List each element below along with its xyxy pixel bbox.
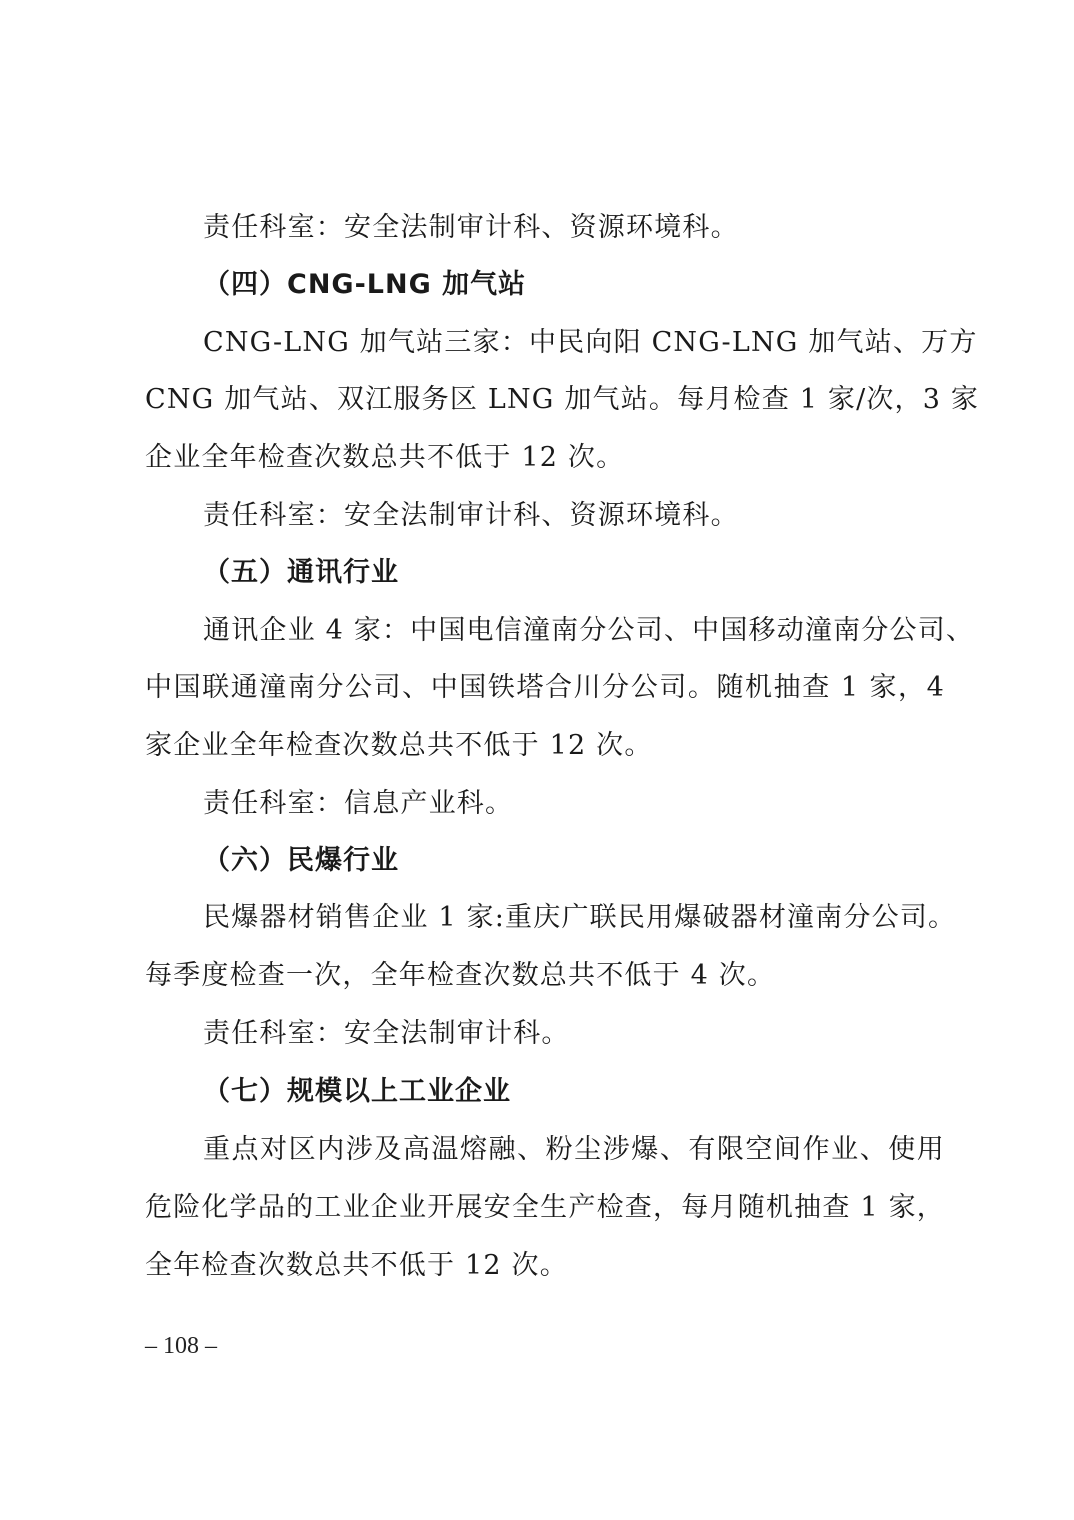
section-heading-civil-explosives: （六）民爆行业 xyxy=(203,841,945,881)
responsible-office-line: 责任科室：安全法制审计科、资源环境科。 xyxy=(203,208,945,248)
paragraph-line: 危险化学品的工业企业开展安全生产检查，每月随机抽查 1 家， xyxy=(145,1188,945,1228)
paragraph-line: 中国联通潼南分公司、中国铁塔合川分公司。随机抽查 1 家，4 xyxy=(145,668,945,708)
document-page: 责任科室：安全法制审计科、资源环境科。 （四）CNG-LNG 加气站 CNG-L… xyxy=(0,0,1074,1520)
paragraph-line: 家企业全年检查次数总共不低于 12 次。 xyxy=(145,726,945,766)
paragraph-line: 通讯企业 4 家：中国电信潼南分公司、中国移动潼南分公司、 xyxy=(203,611,945,651)
paragraph-line: 每季度检查一次，全年检查次数总共不低于 4 次。 xyxy=(145,956,945,996)
responsible-office-line: 责任科室：安全法制审计科、资源环境科。 xyxy=(203,496,945,536)
paragraph-line: 全年检查次数总共不低于 12 次。 xyxy=(145,1246,945,1286)
paragraph-line: 企业全年检查次数总共不低于 12 次。 xyxy=(145,438,945,478)
section-heading-telecom: （五）通讯行业 xyxy=(203,553,945,593)
responsible-office-line: 责任科室：安全法制审计科。 xyxy=(203,1014,945,1054)
paragraph-line: CNG-LNG 加气站三家：中民向阳 CNG-LNG 加气站、万方 xyxy=(203,323,945,363)
section-heading-cng-lng: （四）CNG-LNG 加气站 xyxy=(203,265,945,305)
paragraph-line: 重点对区内涉及高温熔融、粉尘涉爆、有限空间作业、使用 xyxy=(203,1130,945,1170)
paragraph-line: CNG 加气站、双江服务区 LNG 加气站。每月检查 1 家/次，3 家 xyxy=(145,380,945,420)
responsible-office-line: 责任科室：信息产业科。 xyxy=(203,784,945,824)
paragraph-line: 民爆器材销售企业 1 家:重庆广联民用爆破器材潼南分公司。 xyxy=(203,898,945,938)
section-heading-industrial-enterprises: （七）规模以上工业企业 xyxy=(203,1072,945,1112)
page-number: – 108 – xyxy=(145,1328,217,1364)
